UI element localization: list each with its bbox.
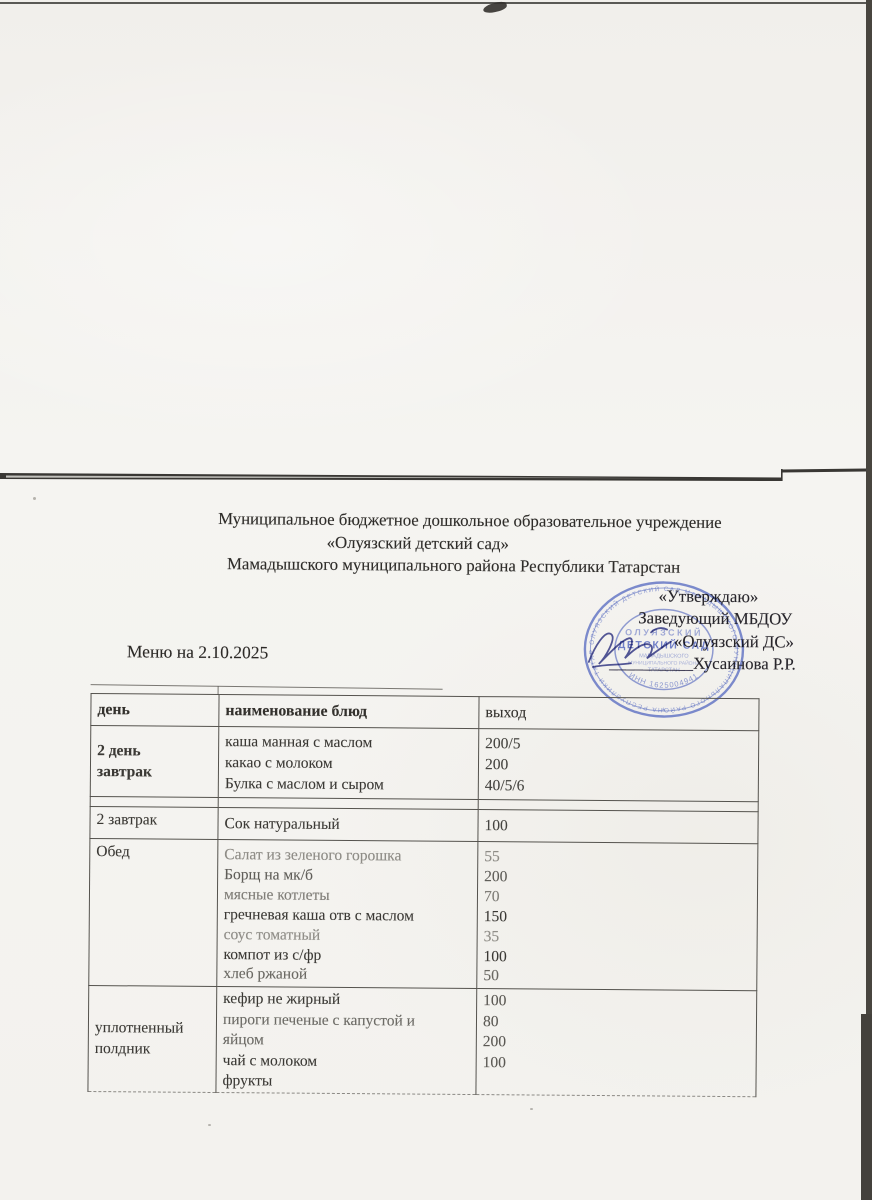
dish-line: пироги печеные с капустой и — [223, 1010, 476, 1033]
portion-line: 80 — [483, 1012, 756, 1035]
portion-line: 100 — [484, 810, 757, 838]
dish-line: Борщ на мк/б — [224, 865, 477, 887]
portion-line: 40/5/6 — [485, 775, 758, 798]
meal-name: Обед — [96, 839, 217, 862]
dish-line: хлеб ржаной — [223, 964, 476, 986]
portion-line: 50 — [483, 967, 756, 989]
column-header-output: выход — [479, 697, 759, 731]
scan-ghost-line — [91, 684, 443, 690]
scanned-document-page: Муниципальное бюджетное дошкольное образ… — [0, 0, 872, 1200]
portion-line: 100 — [483, 947, 756, 969]
handwritten-signature — [581, 620, 701, 681]
dish-line: Сок натуральный — [224, 808, 477, 836]
dish-line: каша манная с маслом — [225, 731, 478, 754]
dish-line: чай с молоком — [223, 1051, 476, 1074]
portion-line: 200 — [484, 867, 757, 889]
dish-line: соус томатный — [224, 925, 477, 947]
meal-name: уплотненный полдник — [95, 1018, 216, 1061]
portion-line: 55 — [484, 847, 757, 869]
dish-line: яйцом — [223, 1030, 476, 1053]
portion-line: 200 — [485, 754, 758, 777]
portion-line: 100 — [483, 1053, 756, 1076]
menu-table: день наименование блюд выход 2 день завт… — [87, 693, 759, 1097]
portion-line: 200 — [483, 1032, 756, 1055]
document-content: Муниципальное бюджетное дошкольное образ… — [0, 0, 872, 1200]
dish-line: кефир не жирный — [223, 989, 476, 1012]
dish-line: гречневая каша отв с маслом — [224, 905, 477, 927]
portion-line: 70 — [484, 887, 757, 909]
dish-line: фрукты — [222, 1071, 475, 1094]
dish-line: компот из с/фр — [223, 945, 476, 967]
meal-row-snack: уплотненный полдник кефир не жирный пиро… — [88, 986, 757, 1097]
portion-line: 200/5 — [485, 733, 758, 756]
dish-line: Булка с маслом и сыром — [225, 773, 478, 796]
meal-row-second-breakfast: 2 завтрак Сок натуральный 100 — [90, 807, 758, 844]
dish-line: какао с молоком — [225, 752, 478, 775]
dish-line: мясные котлеты — [224, 885, 477, 907]
dish-line: Салат из зеленого горошка — [224, 845, 477, 867]
meal-row-lunch: Обед Салат из зеленого горошка Борщ на м… — [89, 839, 758, 991]
portion-line: 35 — [484, 927, 757, 949]
portion-line: 150 — [484, 907, 757, 929]
meal-row-breakfast: 2 день завтрак каша манная с маслом кака… — [90, 726, 759, 802]
portion-line: 100 — [483, 991, 756, 1014]
meal-name: 2 день завтрак — [97, 740, 183, 783]
table-header-row: день наименование блюд выход — [91, 694, 759, 731]
column-header-dishes: наименование блюд — [219, 695, 479, 729]
menu-title: Меню на 2.10.2025 — [127, 641, 269, 663]
meal-name: 2 завтрак — [96, 807, 217, 830]
column-header-day: день — [91, 694, 219, 727]
